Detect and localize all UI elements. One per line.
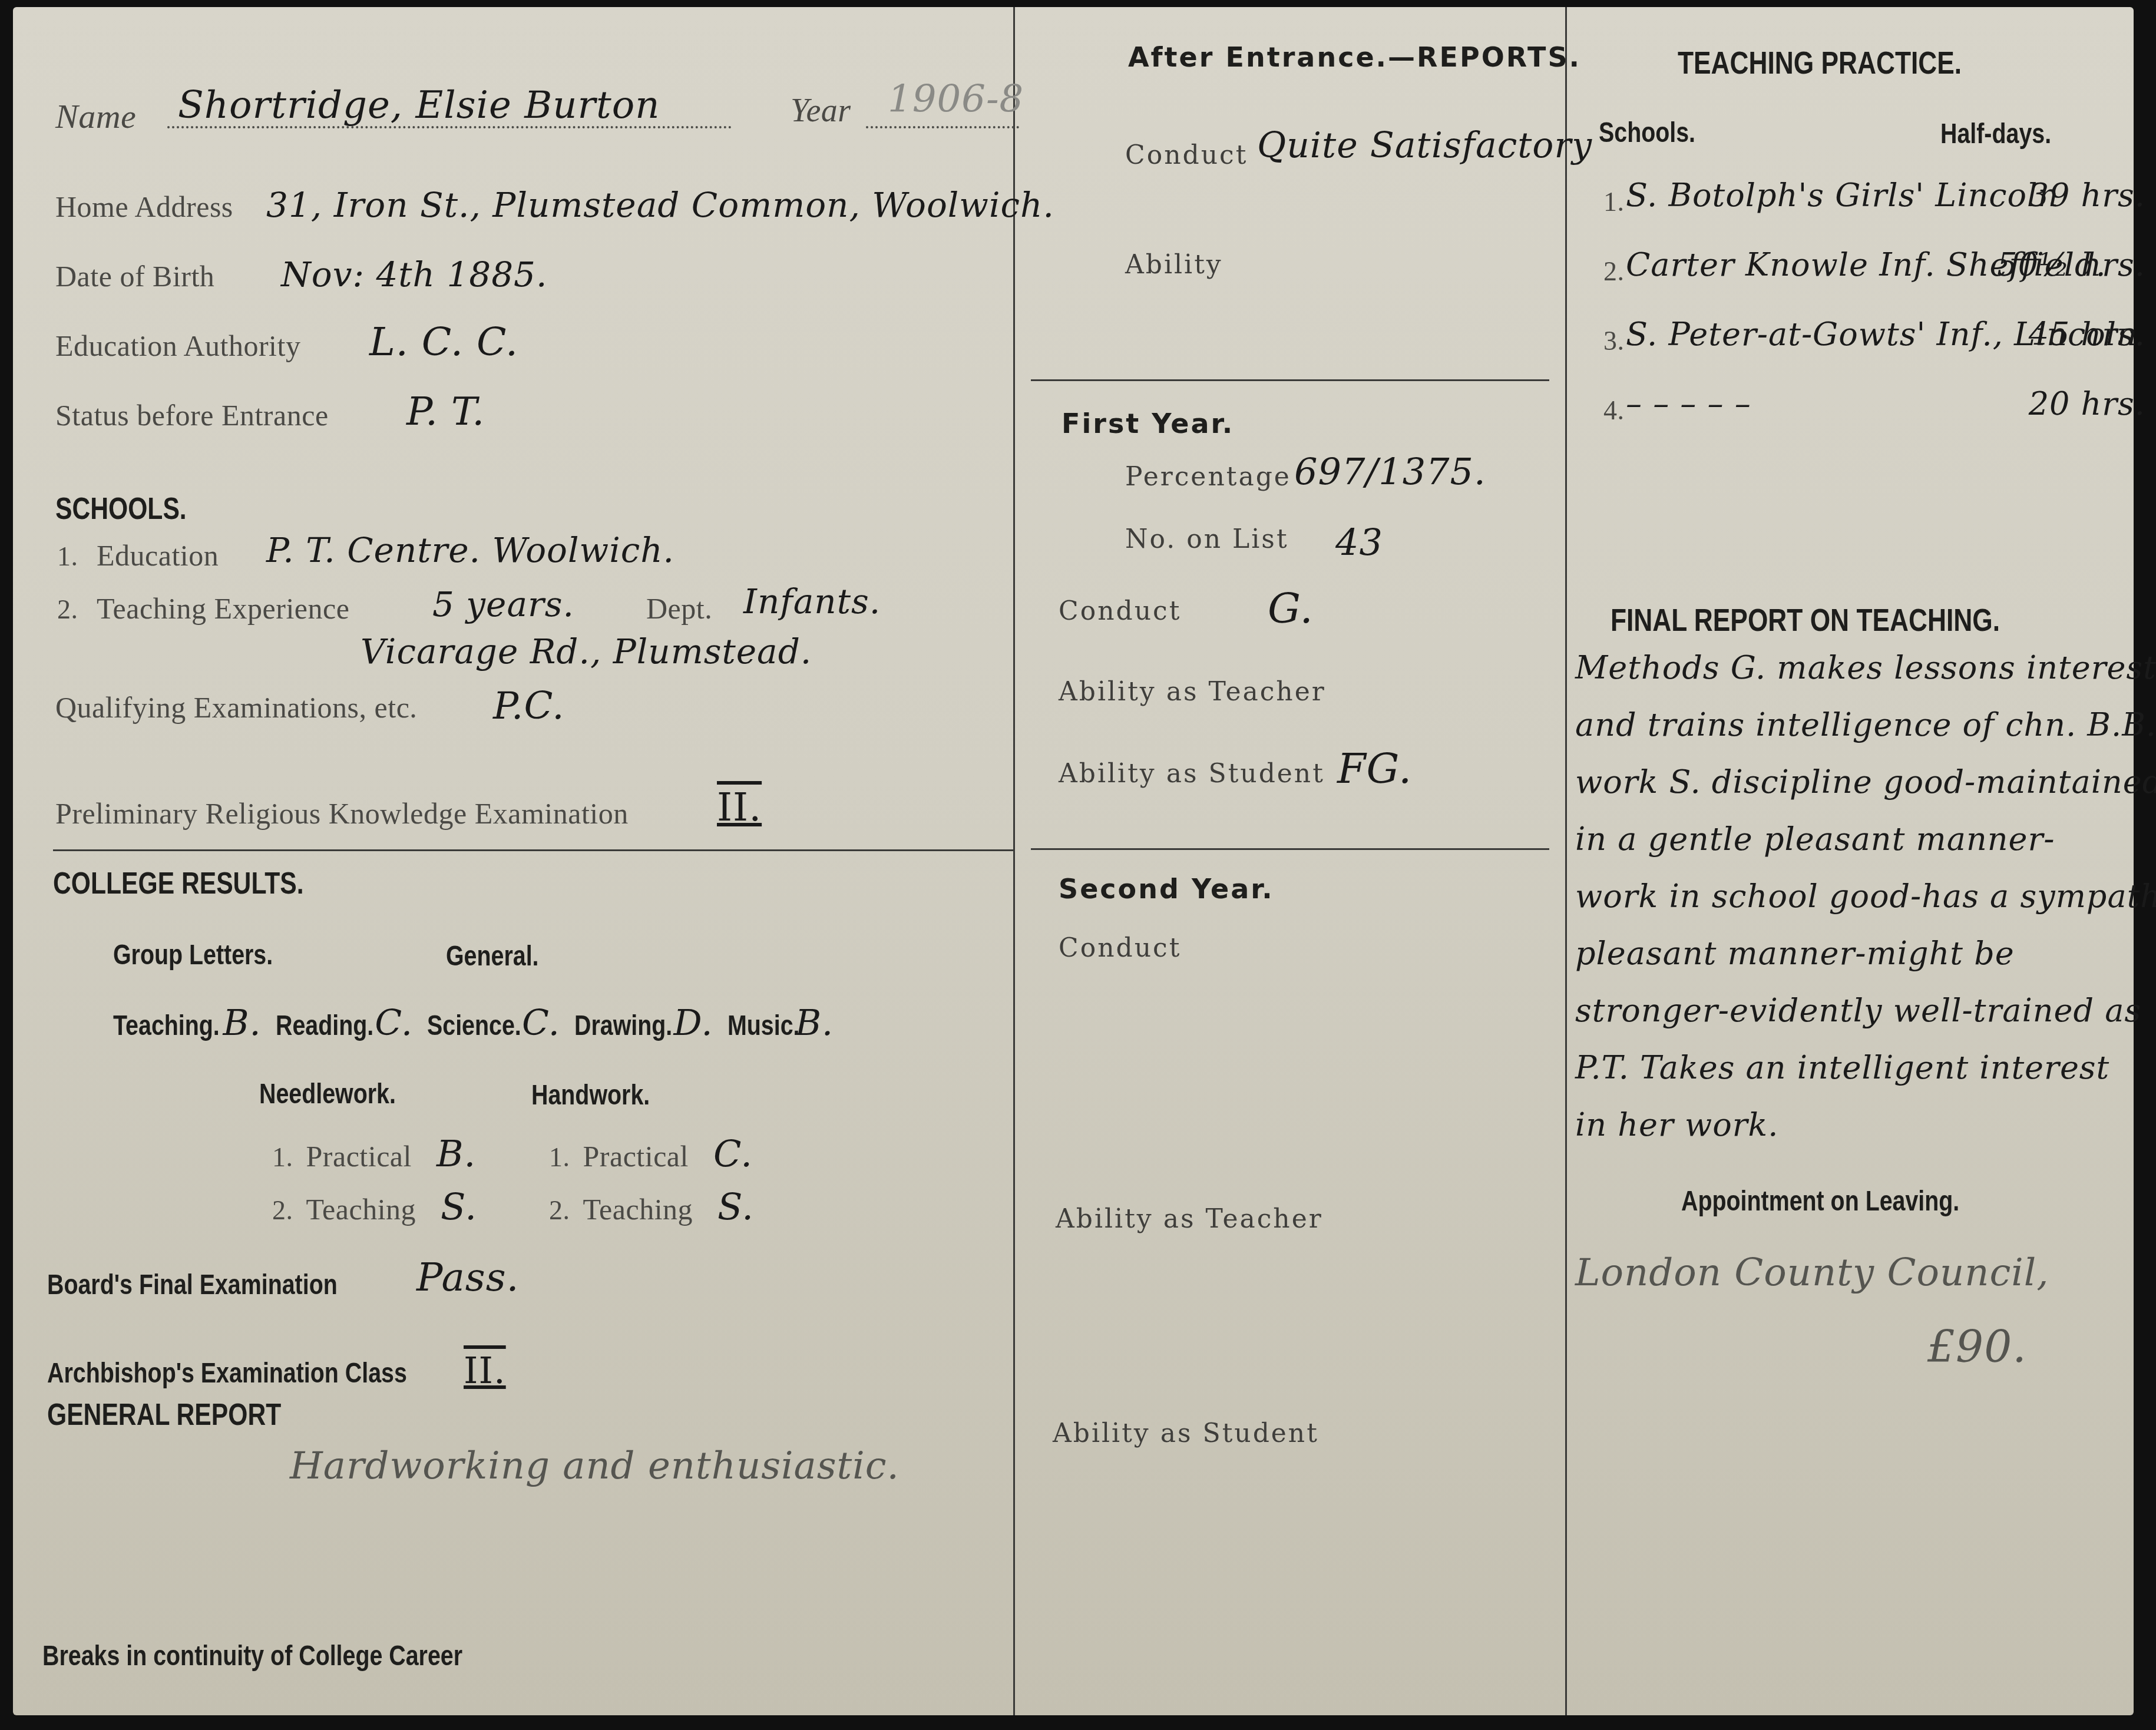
subject-label: Teaching. xyxy=(113,1010,220,1042)
no-on-list-value: 43 xyxy=(1335,521,1383,564)
column-divider-left xyxy=(1013,7,1015,1715)
dept-value: Infants. xyxy=(743,581,881,621)
handwork-row: 1.PracticalC. xyxy=(549,1132,753,1175)
first-year-heading: First Year. xyxy=(1062,408,1234,439)
second-year-heading: Second Year. xyxy=(1059,873,1274,905)
subject-label: Reading. xyxy=(276,1010,373,1042)
final-report-line: work S. discipline good-maintained xyxy=(1575,763,2156,801)
first-year-conduct-value: G. xyxy=(1268,584,1314,633)
breaks-in-continuity-label: Breaks in continuity of College Career xyxy=(42,1640,462,1672)
first-year-teacher-label: Ability as Teacher xyxy=(1059,677,1326,707)
student-record-card: Name Shortridge, Elsie Burton Year 1906-… xyxy=(13,7,2134,1715)
subject-grade: D. xyxy=(674,1003,713,1044)
handwork-row: 2.TeachingS. xyxy=(549,1185,754,1228)
handwork-label: Handwork. xyxy=(531,1079,650,1112)
appointment-heading: Appointment on Leaving. xyxy=(1681,1185,1959,1218)
year-value: 1906-8 xyxy=(888,78,1024,121)
second-year-student-label: Ability as Student xyxy=(1053,1418,1319,1448)
schools-column-header: Schools. xyxy=(1599,117,1695,149)
final-report-line: stronger-evidently well-trained as xyxy=(1575,992,2141,1029)
practice-halfdays: 45 hrs. xyxy=(2029,316,2145,353)
year-label: Year xyxy=(791,92,851,130)
reports-heading: After Entrance.—REPORTS. xyxy=(1128,41,1581,73)
first-year-conduct-label: Conduct xyxy=(1059,596,1181,626)
general-report-heading: GENERAL REPORT xyxy=(47,1397,281,1433)
general-label: General. xyxy=(446,940,539,972)
appointment-value: London County Council, xyxy=(1575,1251,2049,1295)
subject-grade: C. xyxy=(375,1003,413,1044)
subject-grade: B. xyxy=(223,1003,261,1044)
final-report-line: and trains intelligence of chn. B.B. xyxy=(1575,706,2156,743)
education-number: 1. xyxy=(57,541,78,572)
first-year-student-value: FG. xyxy=(1337,745,1412,793)
needlework-label: Practical xyxy=(306,1139,412,1173)
practice-school: S. Botolph's Girls' Lincoln xyxy=(1626,177,2059,214)
handwork-label: Teaching xyxy=(583,1192,693,1226)
schools-heading: SCHOOLS. xyxy=(55,491,187,527)
entrance-conduct-value: Quite Satisfactory xyxy=(1257,125,1592,166)
handwork-number: 1. xyxy=(549,1142,570,1173)
needlework-row: 2.TeachingS. xyxy=(272,1185,477,1228)
education-value: P. T. Centre. Woolwich. xyxy=(266,530,674,570)
final-report-line: P.T. Takes an intelligent interest xyxy=(1575,1049,2109,1086)
entrance-ability-label: Ability xyxy=(1125,250,1223,280)
qualifying-value: P.C. xyxy=(493,684,564,728)
rule-schools-college xyxy=(53,849,1013,851)
qualifying-label: Qualifying Examinations, etc. xyxy=(55,690,417,725)
education-label: Education xyxy=(97,538,219,573)
teaching-experience-school: Vicarage Rd., Plumstead. xyxy=(361,631,812,672)
dob-label: Date of Birth xyxy=(55,259,214,293)
final-report-line: in a gentle pleasant manner- xyxy=(1575,821,2055,858)
entrance-conduct-label: Conduct xyxy=(1125,140,1248,170)
subject-grade: B. xyxy=(795,1003,834,1044)
boards-final-value: Pass. xyxy=(416,1255,520,1300)
no-on-list-label: No. on List xyxy=(1125,524,1289,554)
boards-final-label: Board's Final Examination xyxy=(47,1269,338,1301)
handwork-grade: C. xyxy=(713,1132,753,1175)
second-year-teacher-label: Ability as Teacher xyxy=(1056,1204,1323,1234)
general-subjects-row: Teaching.B.Reading.C.Science.C.Drawing.D… xyxy=(113,1003,844,1044)
final-report-line: work in school good-has a sympathetic xyxy=(1575,878,2156,915)
second-year-conduct-label: Conduct xyxy=(1059,933,1181,963)
subject-label: Drawing. xyxy=(574,1010,672,1042)
final-report-heading: FINAL REPORT ON TEACHING. xyxy=(1611,602,2000,639)
teaching-experience-value: 5 years. xyxy=(432,584,574,624)
practice-school: – – – – – xyxy=(1626,385,1751,422)
home-address-label: Home Address xyxy=(55,190,233,224)
practice-number: 3. xyxy=(1603,325,1625,356)
handwork-number: 2. xyxy=(549,1195,570,1226)
teaching-experience-label: Teaching Experience xyxy=(97,591,349,626)
practice-number: 4. xyxy=(1603,395,1625,426)
subject-label: Science. xyxy=(427,1010,521,1042)
needlework-grade: B. xyxy=(437,1132,476,1175)
rule-firstyear-secondyear xyxy=(1031,848,1549,850)
college-results-heading: COLLEGE RESULTS. xyxy=(53,866,304,901)
needlework-label: Needlework. xyxy=(259,1078,396,1110)
status-value: P. T. xyxy=(406,389,485,434)
home-address-value: 31, Iron St., Plumstead Common, Woolwich… xyxy=(266,185,1054,225)
rule-entrance-firstyear xyxy=(1031,379,1549,381)
needlework-grade: S. xyxy=(441,1185,477,1228)
general-report-value: Hardworking and enthusiastic. xyxy=(290,1444,900,1488)
needlework-label: Teaching xyxy=(306,1192,416,1226)
final-report-line: in her work. xyxy=(1575,1106,1778,1143)
status-label: Status before Entrance xyxy=(55,398,329,432)
final-report-line: pleasant manner-might be xyxy=(1575,935,2015,972)
first-year-student-label: Ability as Student xyxy=(1059,759,1325,789)
percentage-value: 697/1375. xyxy=(1294,450,1486,493)
education-authority-label: Education Authority xyxy=(55,329,300,363)
teaching-practice-heading: TEACHING PRACTICE. xyxy=(1678,45,1962,81)
year-dotted-line xyxy=(866,126,1019,128)
archbishop-exam-label: Archbishop's Examination Class xyxy=(47,1357,407,1390)
final-report-line: Methods G. makes lessons interesting xyxy=(1575,649,2156,686)
dept-label: Dept. xyxy=(646,591,712,626)
teaching-experience-number: 2. xyxy=(57,594,78,625)
religious-exam-label: Preliminary Religious Knowledge Examinat… xyxy=(55,796,629,831)
practice-number: 2. xyxy=(1603,256,1625,287)
column-divider-right xyxy=(1565,7,1567,1715)
religious-exam-value: II. xyxy=(717,785,762,830)
practice-number: 1. xyxy=(1603,186,1625,217)
archbishop-exam-value: II. xyxy=(464,1349,506,1392)
handwork-label: Practical xyxy=(583,1139,689,1173)
dob-value: Nov: 4th 1885. xyxy=(281,254,547,295)
practice-halfdays: 20 hrs. xyxy=(2029,385,2145,422)
subject-label: Music. xyxy=(728,1010,799,1042)
needlework-number: 1. xyxy=(272,1142,293,1173)
needlework-row: 1.PracticalB. xyxy=(272,1132,476,1175)
name-value: Shortridge, Elsie Burton xyxy=(178,84,660,127)
subject-grade: C. xyxy=(522,1003,560,1044)
practice-halfdays: 39 hrs. xyxy=(2029,177,2145,214)
percentage-label: Percentage xyxy=(1125,462,1291,492)
education-authority-value: L. C. C. xyxy=(369,319,518,365)
salary-value: £90. xyxy=(1927,1322,2027,1372)
needlework-number: 2. xyxy=(272,1195,293,1226)
name-label: Name xyxy=(55,97,136,136)
halfdays-column-header: Half-days. xyxy=(1940,118,2051,150)
practice-halfdays: 50½ hrs. xyxy=(1997,246,2145,283)
handwork-grade: S. xyxy=(717,1185,754,1228)
group-letters-label: Group Letters. xyxy=(113,939,273,971)
